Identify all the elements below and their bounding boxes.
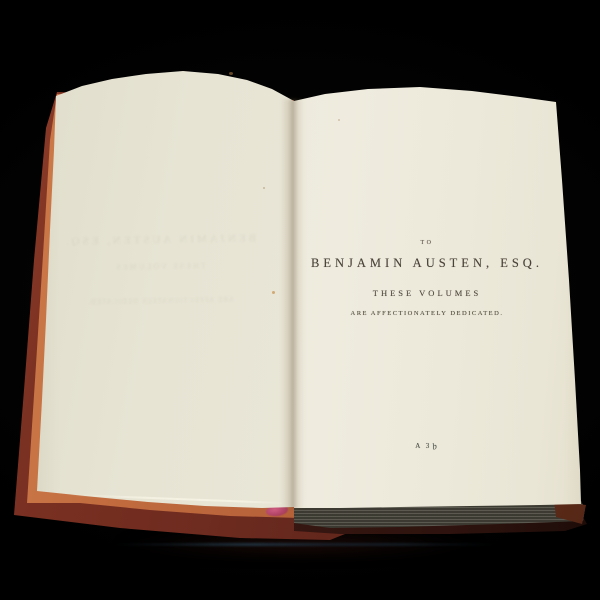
- ghost-line: THESE VOLUMES: [40, 260, 280, 273]
- dedication-line-to: TO: [296, 240, 558, 246]
- show-through-ghost-text: BENJAMIN AUSTEN, ESQ. THESE VOLUMES ARE …: [39, 232, 280, 307]
- foxing-spot: [263, 187, 265, 189]
- foxing-spot: [272, 291, 275, 294]
- signature-pencil-flourish: b: [431, 440, 439, 451]
- surface-edge-highlight: [110, 543, 500, 546]
- foxing-spot: [229, 72, 233, 75]
- dedication-line-these-volumes: THESE VOLUMES: [296, 288, 558, 298]
- dedication-line-affectionately: ARE AFFECTIONATELY DEDICATED.: [296, 310, 558, 317]
- book-photograph: BENJAMIN AUSTEN, ESQ. THESE VOLUMES ARE …: [0, 0, 600, 600]
- signature-mark-text: A 3: [415, 442, 431, 450]
- foxing-spot: [338, 119, 340, 121]
- printer-signature-mark: A 3b: [296, 440, 558, 450]
- dedication-line-name: BENJAMIN AUSTEN, ESQ.: [296, 256, 558, 271]
